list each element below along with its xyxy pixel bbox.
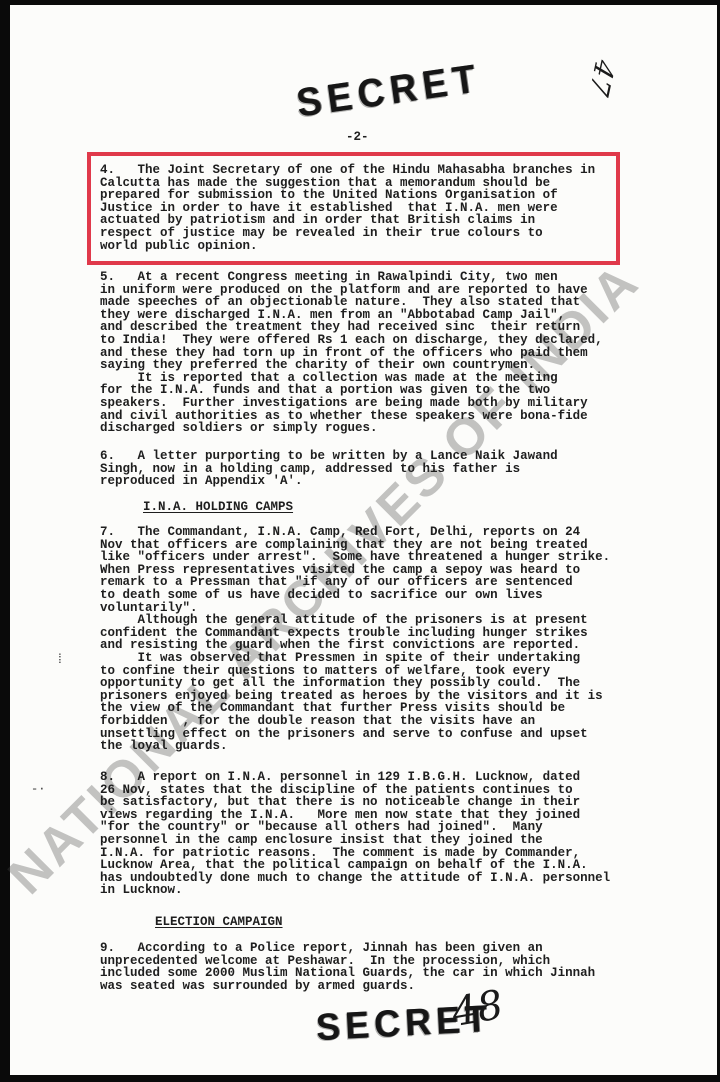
handwritten-folio-mark-bottom: 48 [448, 982, 506, 1036]
scan-edge-top [0, 0, 720, 5]
paragraph-5: 5. At a recent Congress meeting in Rawal… [100, 271, 603, 435]
scan-artifact-dots: ⁞ [56, 658, 64, 662]
section-heading-election-campaign: ELECTION CAMPAIGN [155, 916, 283, 929]
paragraph-7: 7. The Commandant, I.N.A. Camp, Red Fort… [100, 526, 610, 753]
highlight-box [87, 152, 620, 265]
scan-edge-left [0, 0, 10, 1082]
section-heading-ina-holding-camps: I.N.A. HOLDING CAMPS [143, 501, 293, 514]
page-number: -2- [346, 130, 369, 144]
paragraph-6: 6. A letter purporting to be written by … [100, 450, 558, 488]
paragraph-8: 8. A report on I.N.A. personnel in 129 I… [100, 771, 610, 897]
paragraph-9: 9. According to a Police report, Jinnah … [100, 942, 595, 992]
handwritten-folio-mark-top: 47 [583, 55, 620, 99]
secret-stamp-top: SECRET [294, 56, 485, 127]
scan-artifact-dash: -· [31, 782, 45, 796]
scan-edge-bottom [0, 1075, 720, 1082]
scanned-document-page: NATIONAL ARCHIVES OF INDIA SECRET -2- 47… [0, 0, 720, 1082]
